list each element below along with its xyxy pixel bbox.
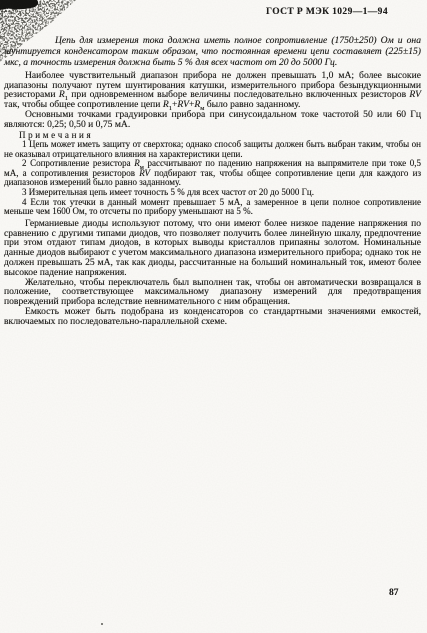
paragraph-switch-return: Желательно, чтобы переключатель был выпо…: [4, 278, 421, 307]
scan-speck: [101, 623, 103, 625]
note-item-2: 2 Сопротивление резистора Rм рассчитываю…: [4, 159, 421, 188]
notes-block: П р и м е ч а н и я 1 Цепь может иметь з…: [4, 131, 421, 217]
paragraph-capacitance: Емкость может быть подобрана из конденса…: [4, 307, 421, 327]
paragraph-calibration-points: Основными точками градуировки прибора пр…: [4, 110, 421, 130]
document-body: Цепь для измерения тока должна иметь пол…: [4, 36, 421, 327]
page-number: 87: [389, 588, 399, 598]
paragraph-measuring-range: Наиболее чувствительный диапазон прибора…: [4, 71, 421, 110]
doc-header: ГОСТ Р МЭК 1029—1—94: [0, 7, 388, 17]
paragraph-germanium-diodes: Германиевые диоды используют потому, что…: [4, 219, 421, 278]
note-item-4: 4 Если ток утечки в данный момент превыш…: [4, 198, 421, 217]
intro-paragraph: Цепь для измерения тока должна иметь пол…: [4, 36, 421, 69]
document-page: ГОСТ Р МЭК 1029—1—94 Цепь для измерения …: [0, 0, 427, 633]
note-item-1: 1 Цепь может иметь защиту от сверхтока; …: [4, 140, 421, 159]
